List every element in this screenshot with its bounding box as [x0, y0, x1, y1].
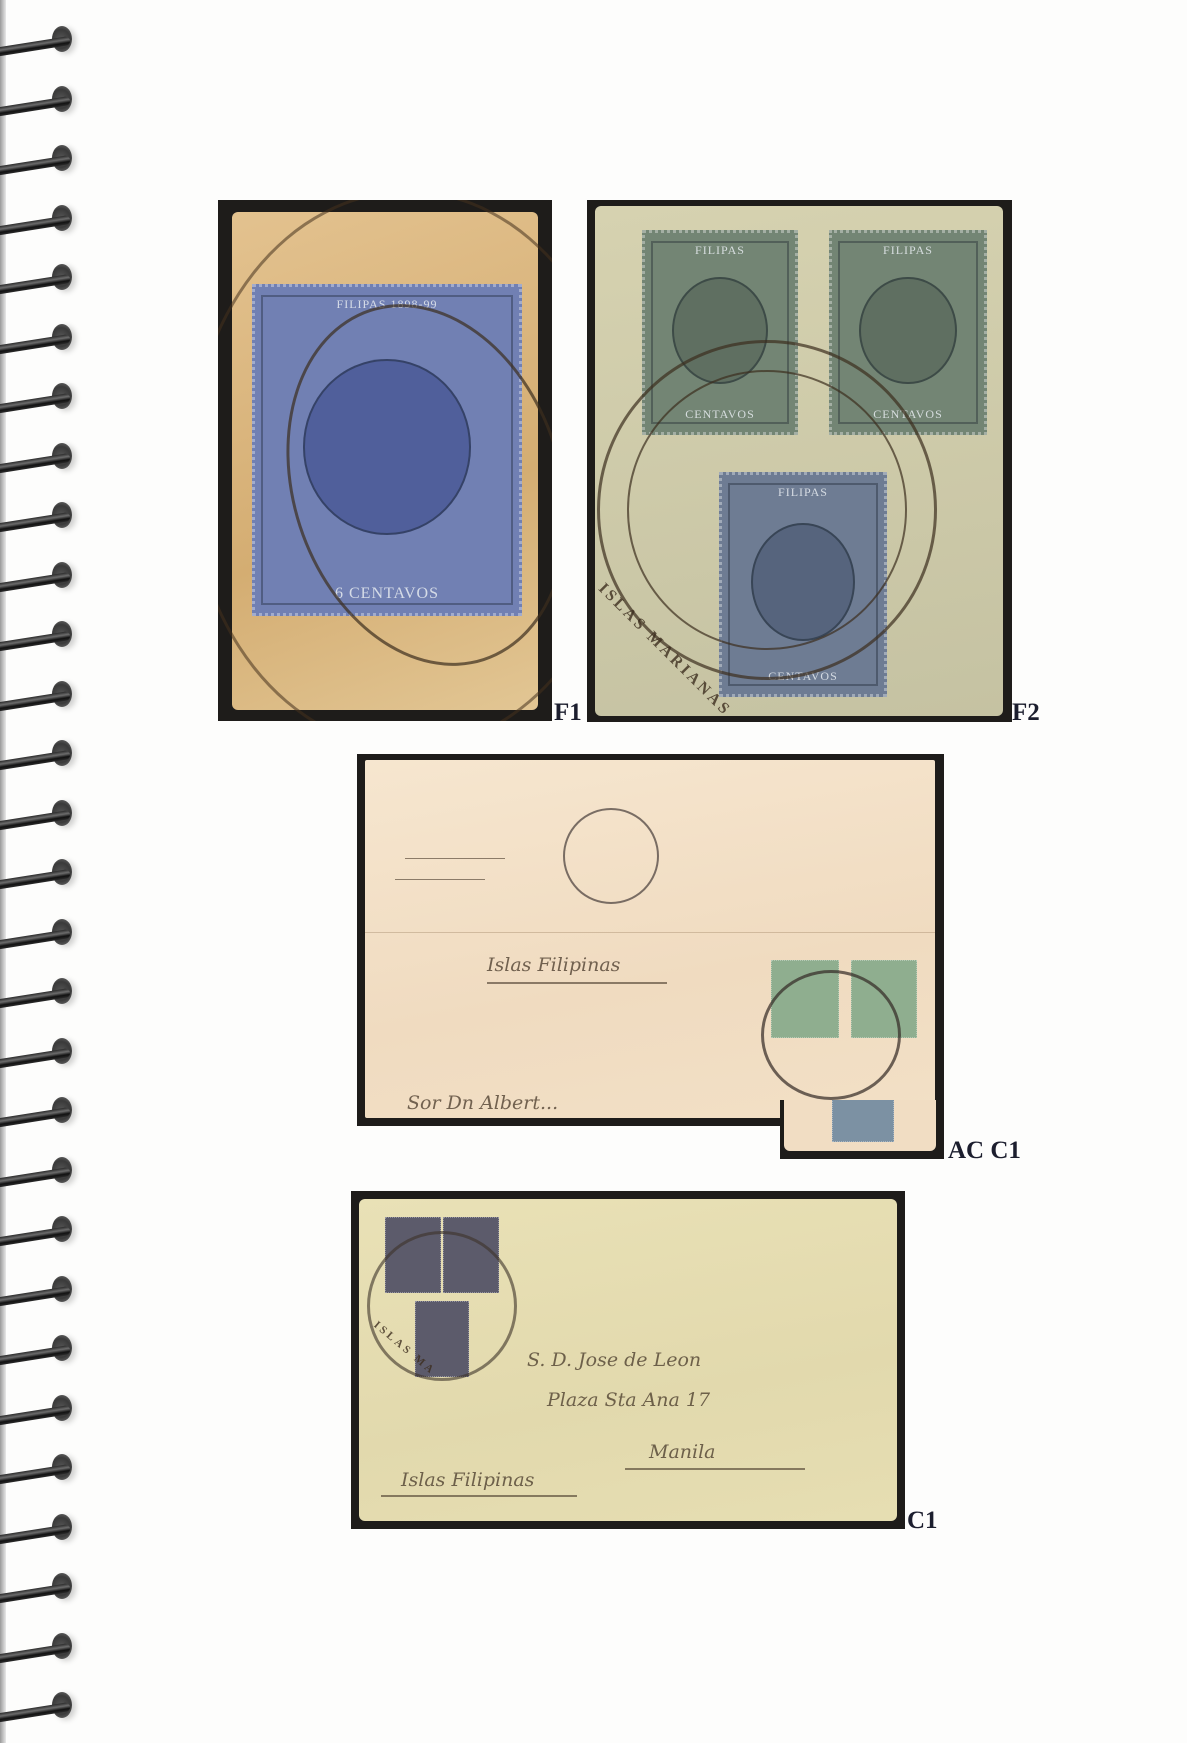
spiral-ring: [0, 615, 90, 655]
ac-c1-label: AC C1: [948, 1138, 1021, 1163]
spiral-ring: [0, 1091, 90, 1131]
spiral-ring: [0, 139, 90, 179]
f2-label: F2: [1012, 700, 1040, 725]
spiral-ring: [0, 913, 90, 953]
spiral-ring: [0, 1210, 90, 1250]
f1-image: FILIPAS 1898-99 6 CENTAVOS: [218, 200, 552, 721]
f1-cancel-outer: [218, 200, 552, 721]
ac-c1-image-tab: [780, 1100, 944, 1159]
spiral-ring: [0, 258, 90, 298]
spiral-ring: [0, 437, 90, 477]
spiral-ring: [0, 972, 90, 1012]
c1-image: ISLAS MA S. D. Jose de Leon Plaza Sta An…: [351, 1191, 905, 1529]
ac-c1-image-main: Islas Filipinas Sor Dn Albert...: [357, 754, 944, 1126]
spiral-ring: [0, 1389, 90, 1429]
spiral-ring: [0, 377, 90, 417]
ac-c1-stamp-3: [832, 1100, 894, 1142]
f2-cancel-inner: [627, 370, 907, 650]
spiral-ring: [0, 734, 90, 774]
spiral-ring: [0, 794, 90, 834]
spiral-binding: [0, 0, 90, 1743]
spiral-ring: [0, 20, 90, 60]
spiral-ring: [0, 1032, 90, 1072]
spiral-ring: [0, 199, 90, 239]
spiral-ring: [0, 1686, 90, 1726]
spiral-ring: [0, 80, 90, 120]
spiral-ring: [0, 853, 90, 893]
ac-c1-cancel: [761, 970, 901, 1100]
c1-address-line-1: S. D. Jose de Leon: [527, 1349, 701, 1371]
spiral-ring: [0, 1270, 90, 1310]
spiral-ring: [0, 1151, 90, 1191]
spiral-ring: [0, 1329, 90, 1369]
c1-cancel: [367, 1231, 517, 1381]
spiral-ring: [0, 556, 90, 596]
c1-label: C1: [907, 1508, 938, 1533]
ac-c1-receiving-datestamp: [563, 808, 659, 904]
spiral-ring: [0, 1448, 90, 1488]
spiral-ring: [0, 1508, 90, 1548]
spiral-ring: [0, 318, 90, 358]
spiral-ring: [0, 1627, 90, 1667]
ac-c1-handwriting-destination: Islas Filipinas: [487, 954, 620, 976]
spiral-ring: [0, 675, 90, 715]
f2-image: FILIPAS CENTAVOS FILIPAS CENTAVOS FILIPA…: [587, 200, 1012, 722]
c1-address-line-3: Manila: [649, 1441, 716, 1463]
ac-c1-handwriting-addressee: Sor Dn Albert...: [407, 1092, 558, 1114]
f1-label: F1: [554, 700, 582, 725]
c1-address-line-2: Plaza Sta Ana 17: [547, 1389, 710, 1411]
spiral-ring: [0, 496, 90, 536]
c1-origin: Islas Filipinas: [401, 1469, 534, 1491]
spiral-ring: [0, 1567, 90, 1607]
